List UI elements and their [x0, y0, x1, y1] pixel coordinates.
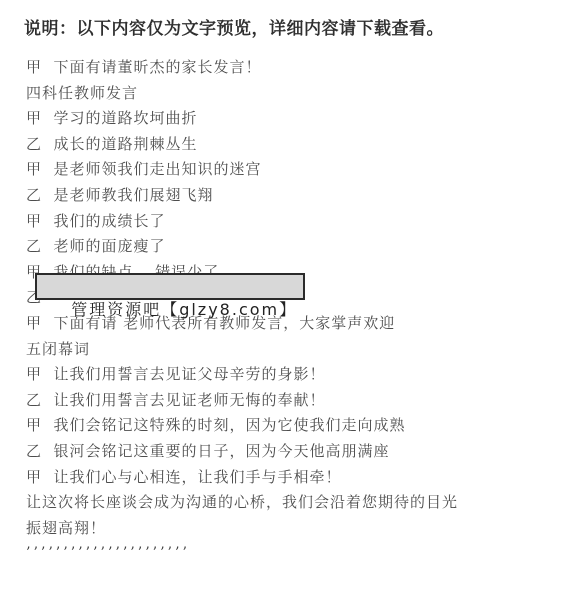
script-line: 让这次将长座谈会成为沟通的心桥，我们会沿着您期待的目光	[26, 490, 566, 516]
script-line: 甲 我们的成绩长了	[26, 209, 566, 235]
script-line: 振翅高翔！	[26, 516, 566, 542]
script-line: 乙 让我们用誓言去见证老师无悔的奉献！	[26, 388, 566, 414]
script-line: 乙 银河会铭记这重要的日子，因为今天他高朋满座	[26, 439, 566, 465]
script-line: 乙 成长的道路荆棘丛生	[26, 132, 566, 158]
script-line: 四科任教师发言	[26, 81, 566, 107]
script-line: 甲 让我们用誓言去见证父母辛劳的身影！	[26, 362, 566, 388]
script-line: 甲 是老师领我们走出知识的迷宫	[26, 157, 566, 183]
script-line: 乙 是老师教我们展翅飞翔	[26, 183, 566, 209]
script-line: 甲 我们会铭记这特殊的时刻，因为它使我们走向成熟	[26, 413, 566, 439]
watermark-text: 管理资源吧【glzy8.com】	[71, 300, 297, 319]
preview-page: 说明：以下内容仅为文字预览，详细内容请下载查看。 甲 下面有请董昕杰的家长发言！…	[0, 0, 578, 600]
preview-notice: 说明：以下内容仅为文字预览，详细内容请下载查看。	[24, 14, 444, 39]
script-line: ’’’’’’’’’’’’’’’’’’’’’’	[26, 541, 566, 567]
watermark-box: 管理资源吧【glzy8.com】	[35, 273, 305, 300]
script-line: 乙 老师的面庞瘦了	[26, 234, 566, 260]
script-line: 甲 学习的道路坎坷曲折	[26, 106, 566, 132]
script-line: 甲 下面有请董昕杰的家长发言！	[26, 55, 566, 81]
script-line: 五闭幕词	[26, 337, 566, 363]
script-line: 甲 让我们心与心相连，让我们手与手相牵！	[26, 465, 566, 491]
